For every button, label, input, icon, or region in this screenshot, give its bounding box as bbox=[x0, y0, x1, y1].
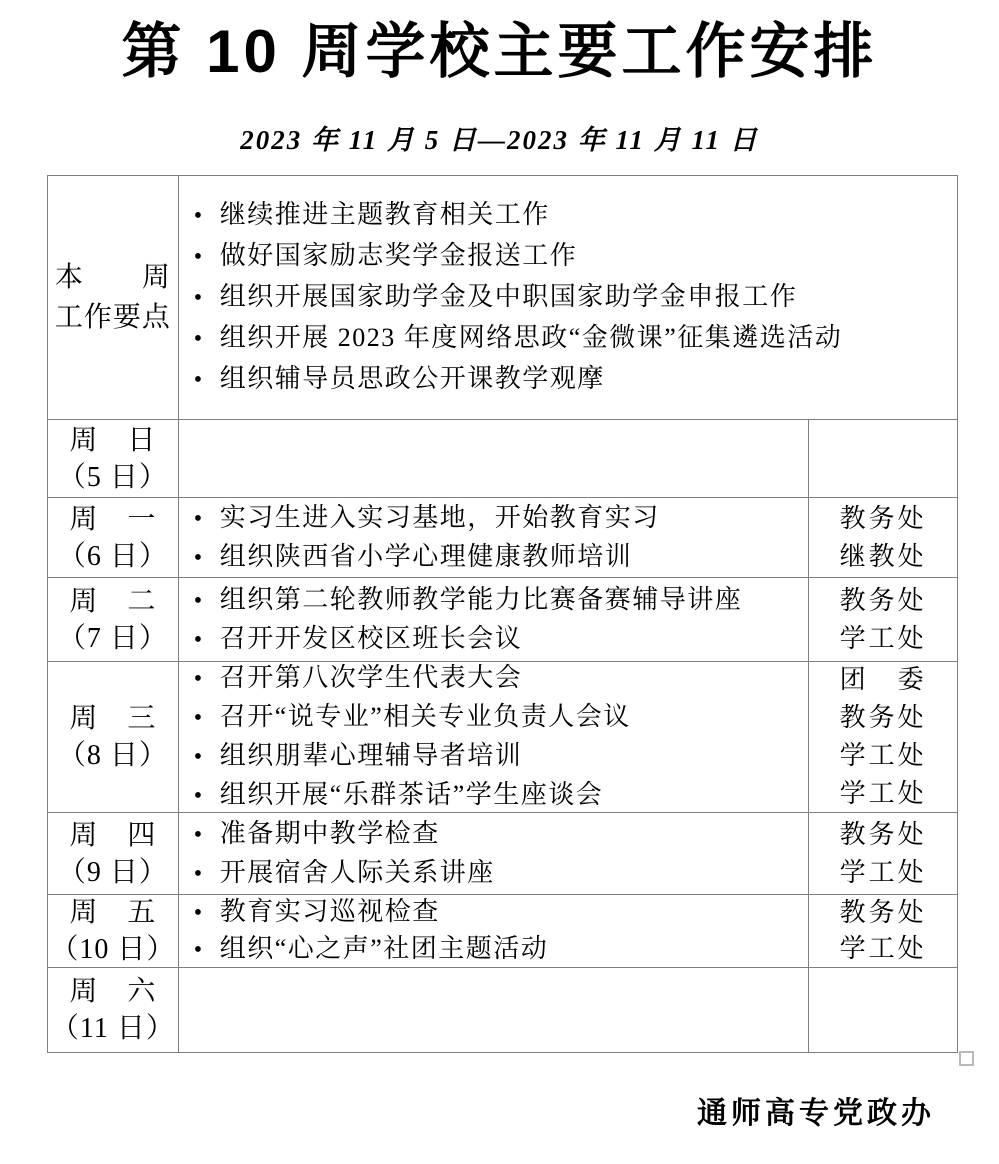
day-label-cell: 周 二 （7 日） bbox=[48, 578, 179, 661]
department-label: 学工处 bbox=[840, 737, 927, 775]
day-label-cell: 周 一 （6 日） bbox=[48, 498, 179, 577]
task-text: 做好国家励志奖学金报送工作 bbox=[220, 241, 578, 270]
department-label: 教务处 bbox=[840, 816, 927, 854]
day-name: 周 三 bbox=[69, 700, 156, 737]
table-row-thursday: 周 四 （9 日） •准备期中教学检查 •开展宿舍人际关系讲座 教务处 学工处 bbox=[48, 813, 957, 895]
task-item: •组织开展“乐群茶话”学生座谈会 bbox=[194, 776, 809, 815]
departments-cell: 教务处 学工处 bbox=[809, 578, 957, 661]
day-date: （7 日） bbox=[58, 620, 168, 657]
task-item: •召开第八次学生代表大会 bbox=[194, 659, 809, 698]
date-range: 2023 年 11 月 5 日—2023 年 11 月 11 日 bbox=[0, 122, 999, 158]
bullet-icon: • bbox=[194, 816, 220, 854]
day-label-cell: 周 六 （11 日） bbox=[48, 968, 179, 1052]
tasks-cell: •召开第八次学生代表大会 •召开“说专业”相关专业负责人会议 •组织朋辈心理辅导… bbox=[179, 662, 810, 812]
task-item: •组织辅导员思政公开课教学观摩 bbox=[194, 359, 957, 400]
table-row-saturday: 周 六 （11 日） bbox=[48, 968, 957, 1052]
task-text: 继续推进主题教育相关工作 bbox=[220, 200, 550, 229]
task-text: 召开第八次学生代表大会 bbox=[220, 663, 523, 692]
bullet-icon: • bbox=[194, 777, 220, 815]
day-name: 周 五 bbox=[69, 894, 156, 931]
day-name: 周 四 bbox=[69, 817, 156, 854]
departments-cell bbox=[809, 968, 957, 1052]
department-label: 学工处 bbox=[840, 931, 927, 967]
bullet-icon: • bbox=[194, 196, 220, 236]
task-text: 实习生进入实习基地，开始教育实习 bbox=[220, 503, 660, 532]
schedule-table: 本 周 工作要点 •继续推进主题教育相关工作 •做好国家励志奖学金报送工作 •组… bbox=[47, 175, 958, 1053]
table-row-summary: 本 周 工作要点 •继续推进主题教育相关工作 •做好国家励志奖学金报送工作 •组… bbox=[48, 176, 957, 420]
summary-tasks-cell: •继续推进主题教育相关工作 •做好国家励志奖学金报送工作 •组织开展国家助学金及… bbox=[179, 176, 957, 419]
page-title: 第 10 周学校主要工作安排 bbox=[0, 10, 999, 94]
task-text: 开展宿舍人际关系讲座 bbox=[220, 858, 495, 887]
task-item: •教育实习巡视检查 bbox=[194, 894, 809, 931]
task-item: •召开“说专业”相关专业负责人会议 bbox=[194, 698, 809, 737]
day-name: 周 二 bbox=[69, 583, 156, 620]
department-label: 教务处 bbox=[840, 699, 927, 737]
task-text: 召开“说专业”相关专业负责人会议 bbox=[220, 702, 631, 731]
departments-cell: 教务处 学工处 bbox=[809, 895, 957, 967]
task-text: 教育实习巡视检查 bbox=[220, 897, 440, 926]
table-row-wednesday: 周 三 （8 日） •召开第八次学生代表大会 •召开“说专业”相关专业负责人会议… bbox=[48, 662, 957, 813]
task-text: 组织朋辈心理辅导者培训 bbox=[220, 741, 523, 770]
tasks-cell bbox=[179, 420, 810, 497]
summary-label-line2: 工作要点 bbox=[55, 298, 171, 338]
bullet-icon: • bbox=[194, 738, 220, 776]
task-text: 准备期中教学检查 bbox=[220, 819, 440, 848]
department-label: 学工处 bbox=[840, 775, 927, 813]
bullet-icon: • bbox=[194, 360, 220, 400]
task-item: •实习生进入实习基地，开始教育实习 bbox=[194, 499, 809, 538]
footer-signature: 通师高专党政办 bbox=[697, 1088, 935, 1132]
summary-label-cell: 本 周 工作要点 bbox=[48, 176, 179, 419]
task-item: •准备期中教学检查 bbox=[194, 815, 809, 854]
day-label-cell: 周 五 （10 日） bbox=[48, 895, 179, 967]
department-label: 教务处 bbox=[840, 500, 927, 538]
task-text: 组织开展“乐群茶话”学生座谈会 bbox=[220, 780, 604, 809]
day-label-cell: 周 四 （9 日） bbox=[48, 813, 179, 894]
summary-label-line1: 本 周 bbox=[55, 258, 171, 298]
task-item: •组织开展 2023 年度网络思政“金微课”征集遴选活动 bbox=[194, 318, 957, 359]
task-text: 组织陕西省小学心理健康教师培训 bbox=[220, 542, 633, 571]
document-page: 第 10 周学校主要工作安排 2023 年 11 月 5 日—2023 年 11… bbox=[0, 0, 999, 1164]
task-item: •继续推进主题教育相关工作 bbox=[194, 195, 957, 236]
tasks-cell: •实习生进入实习基地，开始教育实习 •组织陕西省小学心理健康教师培训 bbox=[179, 498, 810, 577]
task-text: 组织第二轮教师教学能力比赛备赛辅导讲座 bbox=[220, 585, 743, 614]
task-item: •开展宿舍人际关系讲座 bbox=[194, 854, 809, 893]
day-date: （10 日） bbox=[50, 931, 175, 968]
bullet-icon: • bbox=[194, 932, 220, 968]
day-name: 周 一 bbox=[69, 501, 156, 538]
bullet-icon: • bbox=[194, 539, 220, 577]
department-label: 团 委 bbox=[840, 661, 927, 699]
tasks-cell: •准备期中教学检查 •开展宿舍人际关系讲座 bbox=[179, 813, 810, 894]
task-text: 组织开展 2023 年度网络思政“金微课”征集遴选活动 bbox=[220, 323, 843, 352]
bullet-icon: • bbox=[194, 660, 220, 698]
task-item: •组织开展国家助学金及中职国家助学金申报工作 bbox=[194, 277, 957, 318]
tasks-cell: •组织第二轮教师教学能力比赛备赛辅导讲座 •召开开发区校区班长会议 bbox=[179, 578, 810, 661]
day-name: 周 六 bbox=[69, 973, 156, 1010]
departments-cell: 教务处 继教处 bbox=[809, 498, 957, 577]
table-row-friday: 周 五 （10 日） •教育实习巡视检查 •组织“心之声”社团主题活动 教务处 … bbox=[48, 895, 957, 968]
task-item: •做好国家励志奖学金报送工作 bbox=[194, 236, 957, 277]
task-item: •组织“心之声”社团主题活动 bbox=[194, 931, 809, 968]
day-name: 周 日 bbox=[69, 422, 156, 459]
departments-cell: 团 委 教务处 学工处 学工处 bbox=[809, 662, 957, 812]
bullet-icon: • bbox=[194, 895, 220, 931]
bullet-icon: • bbox=[194, 278, 220, 318]
bullet-icon: • bbox=[194, 582, 220, 620]
day-date: （11 日） bbox=[51, 1010, 175, 1047]
empty-glyph-box bbox=[959, 1051, 974, 1066]
departments-cell bbox=[809, 420, 957, 497]
table-row-sunday: 周 日 （5 日） bbox=[48, 420, 957, 498]
bullet-icon: • bbox=[194, 621, 220, 659]
day-date: （6 日） bbox=[58, 538, 168, 575]
department-label: 学工处 bbox=[840, 854, 927, 892]
bullet-icon: • bbox=[194, 500, 220, 538]
day-date: （9 日） bbox=[58, 854, 168, 891]
task-item: •组织陕西省小学心理健康教师培训 bbox=[194, 538, 809, 577]
task-text: 组织开展国家助学金及中职国家助学金申报工作 bbox=[220, 282, 798, 311]
department-label: 教务处 bbox=[840, 895, 927, 931]
table-row-tuesday: 周 二 （7 日） •组织第二轮教师教学能力比赛备赛辅导讲座 •召开开发区校区班… bbox=[48, 578, 957, 662]
day-date: （5 日） bbox=[58, 459, 168, 496]
department-label: 继教处 bbox=[840, 538, 927, 576]
day-label-cell: 周 三 （8 日） bbox=[48, 662, 179, 812]
departments-cell: 教务处 学工处 bbox=[809, 813, 957, 894]
task-text: 组织“心之声”社团主题活动 bbox=[220, 934, 549, 963]
bullet-icon: • bbox=[194, 855, 220, 893]
task-text: 组织辅导员思政公开课教学观摩 bbox=[220, 364, 605, 393]
task-text: 召开开发区校区班长会议 bbox=[220, 624, 523, 653]
day-date: （8 日） bbox=[58, 737, 168, 774]
tasks-cell bbox=[179, 968, 810, 1052]
task-item: •组织朋辈心理辅导者培训 bbox=[194, 737, 809, 776]
task-item: •组织第二轮教师教学能力比赛备赛辅导讲座 bbox=[194, 581, 809, 620]
bullet-icon: • bbox=[194, 699, 220, 737]
department-label: 教务处 bbox=[840, 582, 927, 620]
bullet-icon: • bbox=[194, 319, 220, 359]
tasks-cell: •教育实习巡视检查 •组织“心之声”社团主题活动 bbox=[179, 895, 810, 967]
bullet-icon: • bbox=[194, 237, 220, 277]
task-item: •召开开发区校区班长会议 bbox=[194, 620, 809, 659]
table-row-monday: 周 一 （6 日） •实习生进入实习基地，开始教育实习 •组织陕西省小学心理健康… bbox=[48, 498, 957, 578]
department-label: 学工处 bbox=[840, 620, 927, 658]
day-label-cell: 周 日 （5 日） bbox=[48, 420, 179, 497]
